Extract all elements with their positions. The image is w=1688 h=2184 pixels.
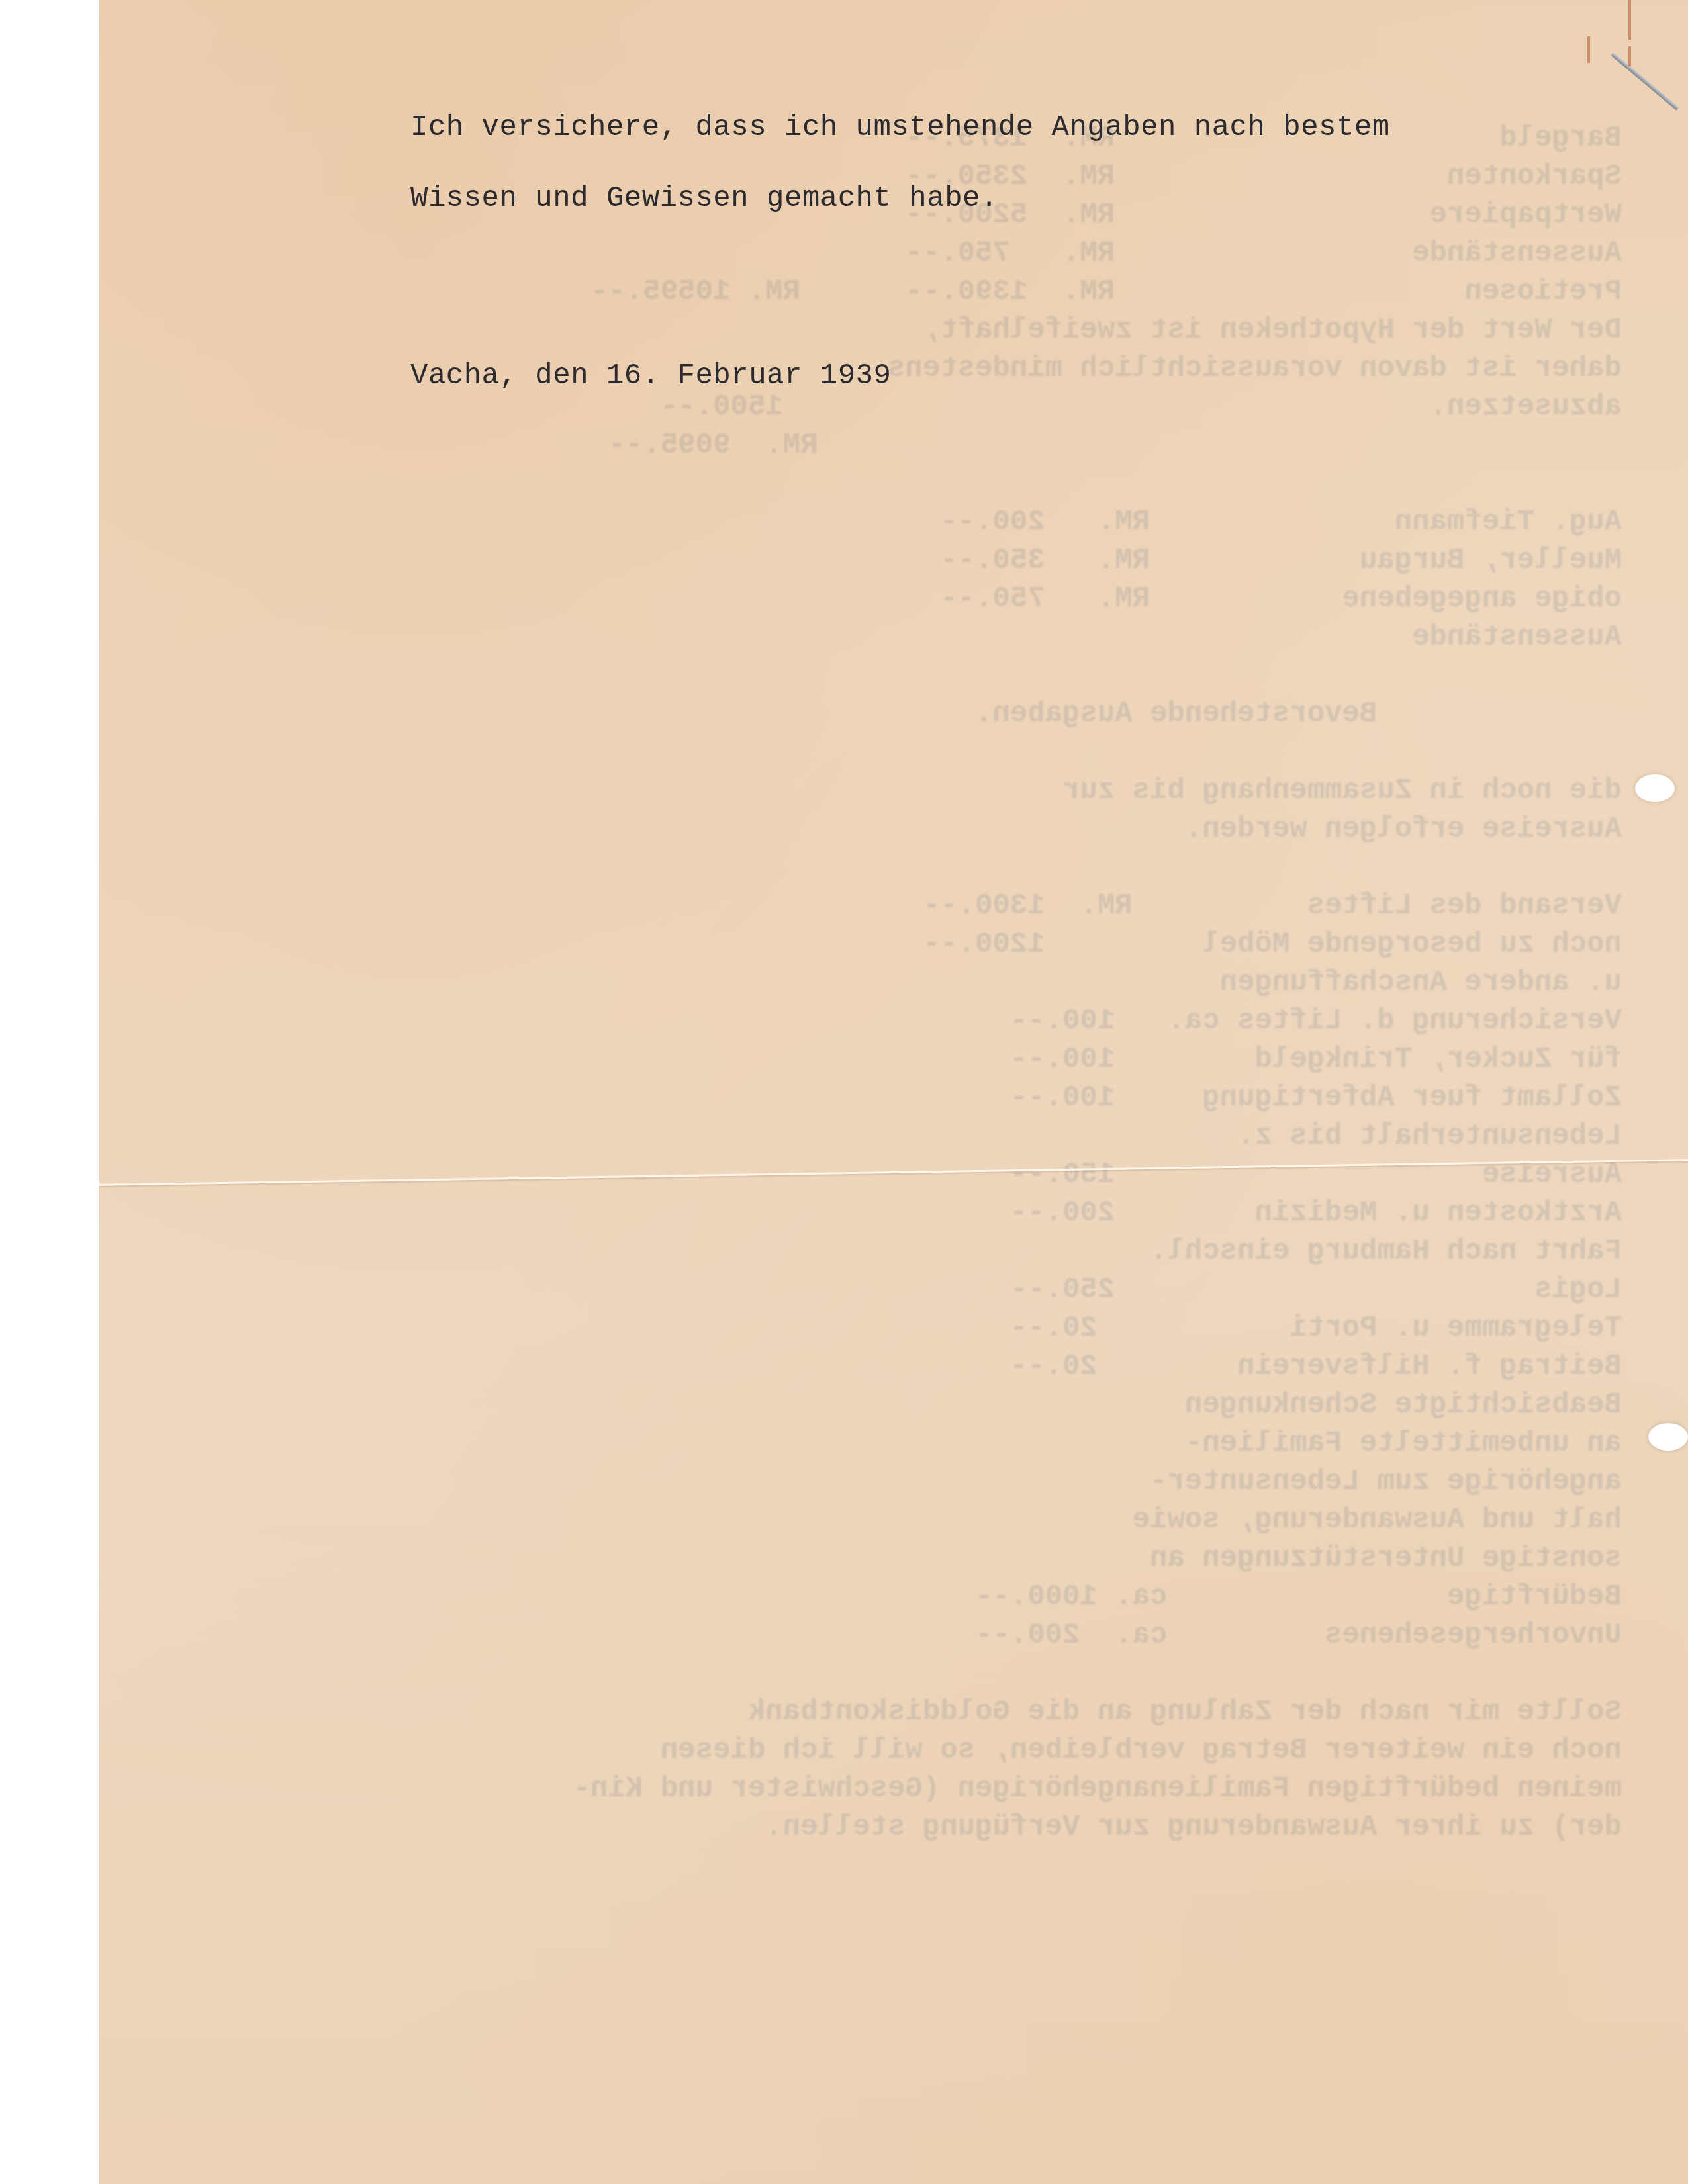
declaration-line-2: Wissen und Gewissen gemacht habe. xyxy=(410,182,998,215)
paper-sheet: Bargeld RM. 1375.-- Sparkonten RM. 2350.… xyxy=(99,0,1688,2184)
staple-icon xyxy=(1611,52,1679,111)
declaration-line-1: Ich versichere, dass ich umstehende Anga… xyxy=(410,111,1390,144)
place-and-date: Vacha, den 16. Februar 1939 xyxy=(410,359,891,392)
rust-mark xyxy=(1587,36,1590,63)
punch-hole xyxy=(1648,1423,1688,1451)
rust-mark xyxy=(1628,0,1631,40)
scanned-page: Bargeld RM. 1375.-- Sparkonten RM. 2350.… xyxy=(0,0,1688,2184)
rust-mark xyxy=(1628,46,1631,66)
punch-hole xyxy=(1635,774,1675,802)
